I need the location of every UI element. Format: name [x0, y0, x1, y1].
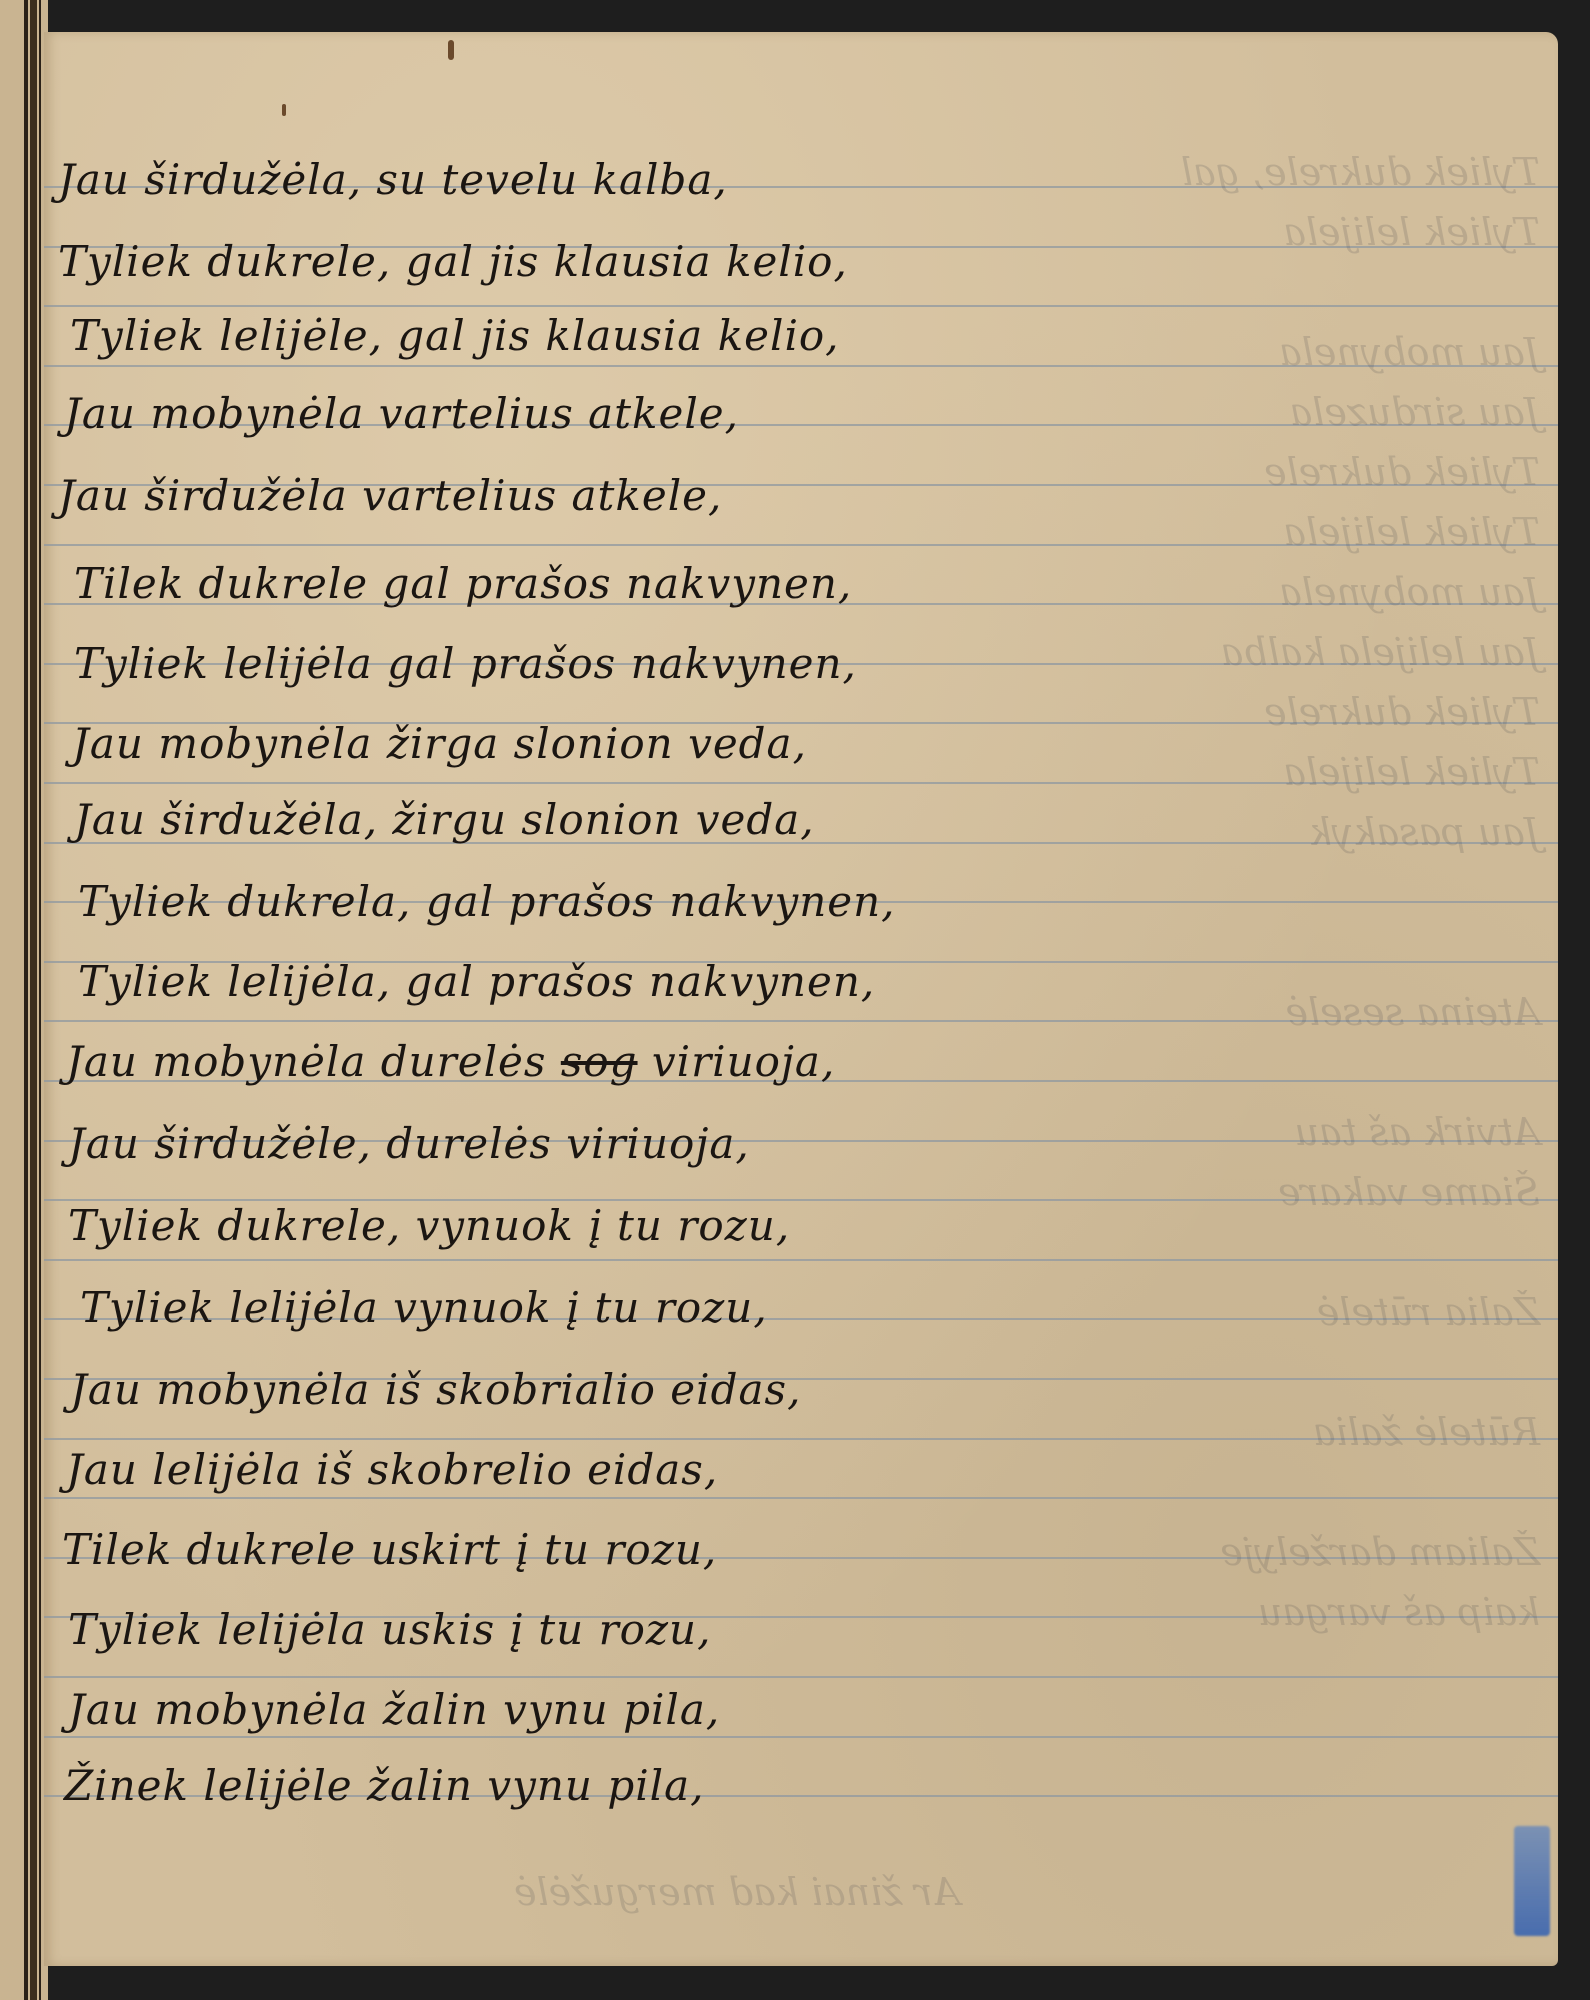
- text-line: Tilek dukrele uskirt į tu rozu,: [62, 1520, 717, 1580]
- ghost-text: Ateina seselė: [1060, 990, 1540, 1034]
- ghost-text: Tyliek lelijela: [1060, 510, 1540, 554]
- ghost-text: Tyliek dukrele: [1060, 450, 1540, 494]
- text-line: Tyliek lelijėla uskis į tu rozu,: [68, 1600, 711, 1660]
- ghost-text: Jau mobynela: [1060, 330, 1540, 374]
- text-line: Tyliek lelijėle, gal jis klausia kelio,: [70, 306, 840, 366]
- text-line: Jau širdužėla, žirgu slonion veda,: [74, 790, 815, 850]
- notebook-spine: [0, 0, 48, 2000]
- struck-out-text: sog: [561, 1037, 638, 1086]
- text-line: Tyliek dukrele, vynuok į tu rozu,: [68, 1196, 790, 1256]
- text-line: Tilek dukrele gal prašos nakvynen,: [74, 554, 852, 614]
- ghost-text: Šiame vakare: [1060, 1170, 1540, 1214]
- text-line: Jau širdužėla, su tevelu kalba,: [58, 150, 728, 210]
- spine-line: [39, 0, 41, 2000]
- ghost-text: Žalia rūtelė: [1060, 1290, 1540, 1334]
- ghost-text: Ar žinai kad mergužėlė: [480, 1870, 960, 1914]
- ghost-text: Jau sirduzela: [1060, 390, 1540, 434]
- ghost-text: Tyliek dukrele, gal: [1060, 150, 1540, 194]
- ghost-text: kaip aš vargau: [1060, 1590, 1540, 1634]
- line-text: viriuoja,: [652, 1037, 835, 1086]
- spine-line: [30, 0, 37, 2000]
- text-line: Jau mobynėla iš skobrialio eidas,: [70, 1360, 801, 1420]
- line-text: Jau mobynėla durelės: [66, 1037, 546, 1086]
- blue-edge-stain: [1514, 1826, 1550, 1936]
- ruled-line: [44, 1259, 1558, 1261]
- text-line: Jau mobynėla durelės sog viriuoja,: [66, 1032, 835, 1092]
- text-line: Jau lelijėla iš skobrelio eidas,: [66, 1440, 718, 1500]
- text-line: Tyliek dukrela, gal prašos nakvynen,: [78, 872, 896, 932]
- text-line: Jau mobynėla vartelius atkele,: [64, 384, 739, 444]
- ghost-text: Jau pasakyk: [1060, 810, 1540, 854]
- ghost-text: Rūtelė žalia: [1060, 1410, 1540, 1454]
- text-line: Jau širdužėla vartelius atkele,: [58, 466, 722, 526]
- ghost-text: Jau mobynela: [1060, 570, 1540, 614]
- ghost-text: Žaliam darželyje: [1060, 1530, 1540, 1574]
- text-line: Tyliek lelijėla, gal prašos nakvynen,: [78, 952, 875, 1012]
- text-line: Tyliek lelijėla vynuok į tu rozu,: [80, 1278, 768, 1338]
- text-line: Jau širdužėle, durelės viriuoja,: [68, 1114, 750, 1174]
- ghost-text: Jau lelijela kalba: [1060, 630, 1540, 674]
- ghost-text: Tyliek lelijela: [1060, 210, 1540, 254]
- ruled-line: [44, 1676, 1558, 1678]
- ghost-text: Tyliek lelijela: [1060, 750, 1540, 794]
- spine-line: [24, 0, 28, 2000]
- ghost-text: Atvirk aš tau: [1060, 1110, 1540, 1154]
- text-line: Tyliek dukrele, gal jis klausia kelio,: [58, 232, 848, 292]
- ghost-text: Tyliek dukrele: [1060, 690, 1540, 734]
- text-line: Jau mobynėla žirga slonion veda,: [72, 714, 807, 774]
- text-line: Tyliek lelijėla gal prašos nakvynen,: [74, 634, 857, 694]
- ink-spot: [282, 104, 286, 116]
- ink-spot: [448, 40, 454, 60]
- text-line: Jau mobynėla žalin vynu pila,: [68, 1680, 720, 1740]
- text-line: Žinek lelijėle žalin vynu pila,: [64, 1756, 704, 1816]
